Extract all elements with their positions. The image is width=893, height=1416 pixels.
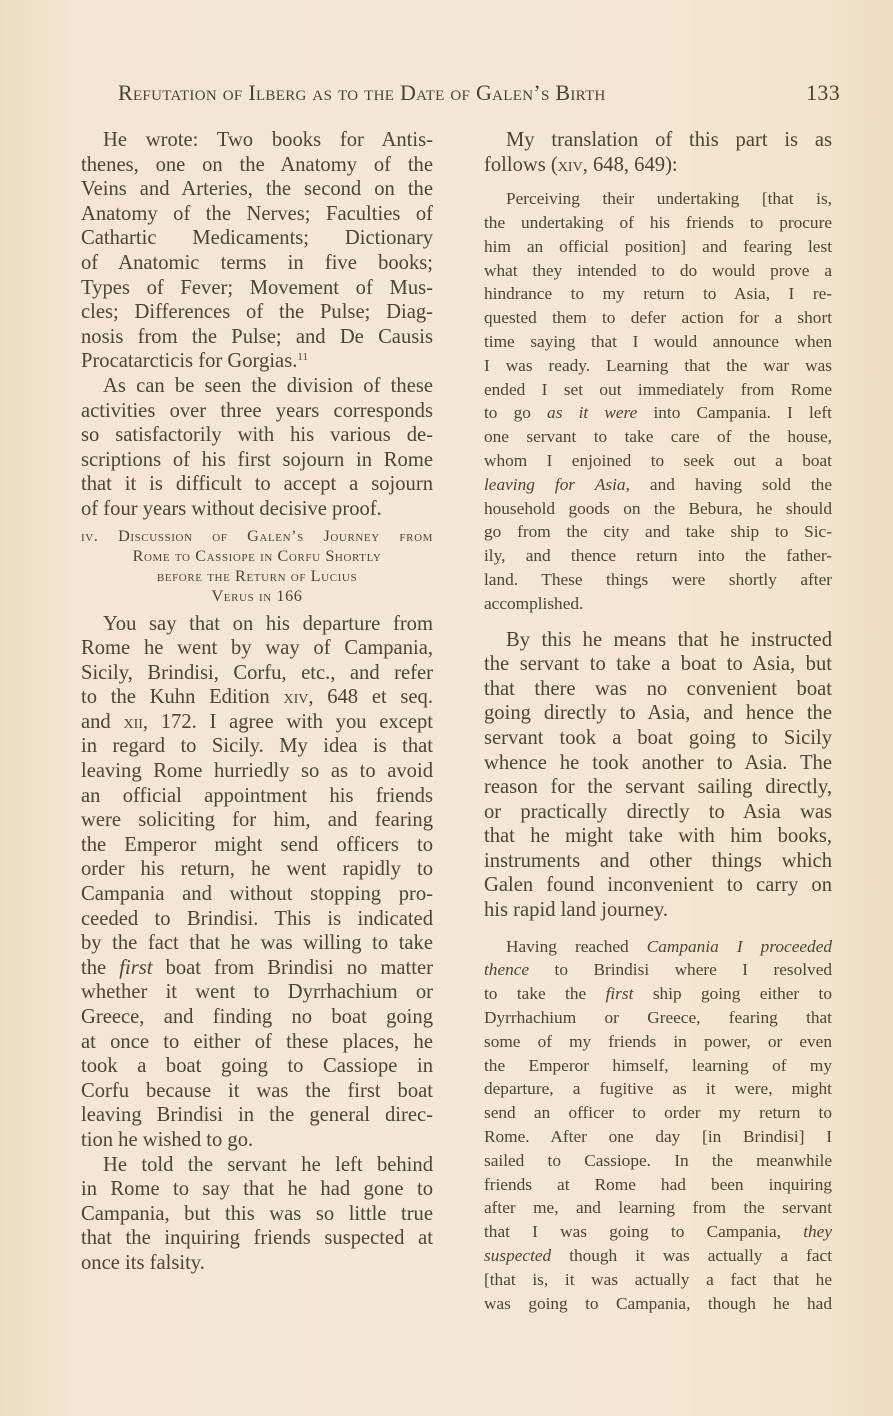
- text-line: his rapid land journey.: [484, 898, 832, 923]
- text-line: Anatomy of the Nerves; Faculties of: [81, 202, 433, 227]
- line-text: Galen found inconvenient to carry on: [484, 874, 832, 896]
- line-text: Campania and without stopping pro-: [81, 883, 433, 905]
- line-text: ceeded to Brindisi. This is indicated: [81, 908, 433, 930]
- text-line: cles; Differences of the Pulse; Diag-: [81, 300, 433, 325]
- text-line: Rome to Cassiope in Corfu Shortly: [81, 546, 433, 566]
- line-text: were soliciting for him, and fearing: [81, 809, 433, 831]
- text-line: household goods on the Bebura, he should: [484, 497, 832, 521]
- text-line: reason for the servant sailing directly,: [484, 775, 832, 800]
- page-number: 133: [806, 80, 840, 106]
- text-line: accomplished.: [484, 592, 832, 616]
- blockquote-having-reached-campania: Having reached Campania I proceededthenc…: [484, 935, 832, 1316]
- text-line: to go as it were into Campania. I left: [484, 401, 832, 425]
- italic-text: they: [803, 1222, 832, 1241]
- line-text: Anatomy of the Nerves; Faculties of: [81, 203, 433, 225]
- line-text: that I was going to Campania,: [484, 1222, 803, 1241]
- italic-text: thence: [484, 960, 529, 979]
- text-line: what they intended to do would prove a: [484, 259, 832, 283]
- line-text: his rapid land journey.: [484, 899, 668, 921]
- line-text: of four years without decisive proof.: [81, 498, 382, 520]
- line-text: Dyrrhachium or Greece, fearing that: [484, 1008, 832, 1027]
- text-line: Having reached Campania I proceeded: [484, 935, 832, 959]
- text-line: him an official position] and fearing le…: [484, 235, 832, 259]
- line-text: household goods on the Bebura, he should: [484, 499, 832, 518]
- text-line: Rome. After one day [in Brindisi] I: [484, 1125, 832, 1149]
- text-line: the first boat from Brindisi no matter: [81, 956, 433, 981]
- line-text: Types of Fever; Movement of Mus-: [81, 277, 433, 299]
- line-text: ship going either to: [633, 984, 832, 1003]
- text-line: by the fact that he was willing to take: [81, 931, 433, 956]
- text-line: activities over three years corresponds: [81, 399, 433, 424]
- line-text: go from the city and take ship to Sic-: [484, 522, 832, 541]
- line-text: going directly to Asia, and hence the: [484, 702, 832, 724]
- text-line: quested them to defer action for a short: [484, 306, 832, 330]
- line-text: boat from Brindisi no matter: [152, 957, 433, 979]
- line-text: to go: [484, 403, 547, 422]
- line-text: order his return, he went rapidly to: [81, 858, 433, 880]
- text-line: Rome he went by way of Campania,: [81, 636, 433, 661]
- line-text: the Emperor himself, learning of my: [484, 1056, 832, 1075]
- line-text: to the Kuhn Edition: [81, 686, 283, 708]
- line-text: though it was actually a fact: [551, 1246, 832, 1265]
- text-line: at once to either of these places, he: [81, 1030, 433, 1055]
- line-text: the undertaking of his friends to procur…: [484, 213, 832, 232]
- line-text: Having reached: [506, 937, 647, 956]
- italic-text: first: [606, 984, 634, 1003]
- text-line: leaving for Asia, and having sold the: [484, 473, 832, 497]
- line-text: whether it went to Dyrrhachium or: [81, 981, 433, 1003]
- text-line: Types of Fever; Movement of Mus-: [81, 276, 433, 301]
- line-text: friends at Rome had been inquiring: [484, 1175, 832, 1194]
- paragraph-works-list: He wrote: Two books for Antis-thenes, on…: [81, 128, 433, 374]
- text-line: [that is, it was actually a fact that he: [484, 1268, 832, 1292]
- line-text: nosis from the Pulse; and De Causis: [81, 326, 433, 348]
- line-text: that there was no convenient boat: [484, 678, 832, 700]
- line-text: that it is difficult to accept a sojourn: [81, 473, 433, 495]
- text-line: the Emperor might send officers to: [81, 833, 433, 858]
- text-line: whom I enjoined to seek out a boat: [484, 449, 832, 473]
- text-line: You say that on his departure from: [81, 612, 433, 637]
- line-text: time saying that I would announce when: [484, 332, 832, 351]
- text-line: whether it went to Dyrrhachium or: [81, 980, 433, 1005]
- text-line: to the Kuhn Edition xiv, 648 et seq.: [81, 685, 433, 710]
- text-line: once its falsity.: [81, 1251, 433, 1276]
- line-text: Campania, but this was so little true: [81, 1203, 433, 1225]
- text-line: Perceiving their undertaking [that is,: [484, 187, 832, 211]
- left-column: He wrote: Two books for Antis-thenes, on…: [81, 128, 433, 1276]
- text-line: the Emperor himself, learning of my: [484, 1054, 832, 1078]
- line-text: instruments and other things which: [484, 850, 832, 872]
- line-text: was going to Campania, though he had: [484, 1294, 832, 1313]
- line-text: follows (: [484, 154, 558, 176]
- line-text: into Campania. I left: [637, 403, 832, 422]
- line-text: Corfu because it was the first boat: [81, 1080, 433, 1102]
- line-text: took a boat going to Cassiope in: [81, 1055, 433, 1077]
- line-text: at once to either of these places, he: [81, 1031, 433, 1053]
- text-line: thence to Brindisi where I resolved: [484, 958, 832, 982]
- section-heading-iv: iv. Discussion of Galen’s Journey fromRo…: [81, 526, 433, 606]
- line-text: before the Return of Lucius: [157, 567, 357, 585]
- line-text: some of my friends in power, or even: [484, 1032, 832, 1051]
- paragraph-servant-boat-explanation: By this he means that he instructedthe s…: [484, 628, 832, 923]
- line-text: ended I set out immediately from Rome: [484, 380, 832, 399]
- line-text: quested them to defer action for a short: [484, 308, 832, 327]
- line-text: , 172. I agree with you except: [143, 711, 433, 733]
- line-text: [that is, it was actually a fact that he: [484, 1270, 832, 1289]
- text-line: an official appointment his friends: [81, 784, 433, 809]
- text-line: that the inquiring friends suspected at: [81, 1226, 433, 1251]
- line-text: activities over three years corresponds: [81, 400, 433, 422]
- text-line: Galen found inconvenient to carry on: [484, 873, 832, 898]
- text-line: thenes, one on the Anatomy of the: [81, 153, 433, 178]
- text-line: Dyrrhachium or Greece, fearing that: [484, 1006, 832, 1030]
- line-text: Rome to Cassiope in Corfu Shortly: [133, 547, 382, 565]
- line-text: so satisfactorily with his various de-: [81, 424, 433, 446]
- line-text: send an officer to order my return to: [484, 1103, 832, 1122]
- line-text: servant took a boat going to Sicily: [484, 727, 832, 749]
- text-line: leaving Rome hurriedly so as to avoid: [81, 759, 433, 784]
- text-line: that he might take with him books,: [484, 824, 832, 849]
- text-line: Greece, and finding no boat going: [81, 1005, 433, 1030]
- line-text: an official appointment his friends: [81, 785, 433, 807]
- running-head-title: Refutation of Ilberg as to the Date of G…: [118, 80, 606, 106]
- text-line: whence he took another to Asia. The: [484, 751, 832, 776]
- line-text: , 648, 649):: [583, 154, 678, 176]
- line-text: by the fact that he was willing to take: [81, 932, 433, 954]
- text-line: or practically directly to Asia was: [484, 800, 832, 825]
- paragraph-departure-from-rome: You say that on his departure fromRome h…: [81, 612, 433, 1153]
- text-line: took a boat going to Cassiope in: [81, 1054, 433, 1079]
- text-line: departure, a fugitive as it were, might: [484, 1077, 832, 1101]
- text-line: so satisfactorily with his various de-: [81, 423, 433, 448]
- text-line: scriptions of his first sojourn in Rome: [81, 448, 433, 473]
- text-line: leaving Brindisi in the general direc-: [81, 1103, 433, 1128]
- line-text: My translation of this part is as: [506, 129, 832, 151]
- line-text: in regard to Sicily. My idea is that: [81, 735, 433, 757]
- line-text: ily, and thence return into the father-: [484, 546, 832, 565]
- line-text: once its falsity.: [81, 1252, 205, 1274]
- text-line: Sicily, Brindisi, Corfu, etc., and refer: [81, 661, 433, 686]
- right-column: My translation of this part is asfollows…: [484, 128, 832, 1315]
- line-text: Rome he went by way of Campania,: [81, 637, 433, 659]
- text-line: Campania, but this was so little true: [81, 1202, 433, 1227]
- text-line: order his return, he went rapidly to: [81, 857, 433, 882]
- text-line: that there was no convenient boat: [484, 677, 832, 702]
- line-text: , and having sold the: [626, 475, 832, 494]
- italic-text: suspected: [484, 1246, 551, 1265]
- line-text: thenes, one on the Anatomy of the: [81, 154, 433, 176]
- line-text: to take the: [484, 984, 606, 1003]
- line-text: By this he means that he instructed: [506, 629, 832, 651]
- line-text: Rome. After one day [in Brindisi] I: [484, 1127, 832, 1146]
- text-line: hindrance to my return to Asia, I re-: [484, 282, 832, 306]
- text-line: send an officer to order my return to: [484, 1101, 832, 1125]
- text-line: He wrote: Two books for Antis-: [81, 128, 433, 153]
- running-head: Refutation of Ilberg as to the Date of G…: [118, 80, 840, 114]
- text-line: before the Return of Lucius: [81, 566, 433, 586]
- text-line: As can be seen the division of these: [81, 374, 433, 399]
- line-text: , 648 et seq.: [308, 686, 433, 708]
- text-line: ily, and thence return into the father-: [484, 544, 832, 568]
- italic-text: leaving for Asia: [484, 475, 626, 494]
- text-line: I was ready. Learning that the war was: [484, 354, 832, 378]
- text-line: the servant to take a boat to Asia, but: [484, 652, 832, 677]
- line-text: whom I enjoined to seek out a boat: [484, 451, 832, 470]
- roman-numeral: xii: [123, 711, 142, 733]
- text-line: of Anatomic terms in five books;: [81, 251, 433, 276]
- text-line: after me, and learning from the servant: [484, 1196, 832, 1220]
- book-page: Refutation of Ilberg as to the Date of G…: [0, 0, 893, 1416]
- text-line: ceeded to Brindisi. This is indicated: [81, 907, 433, 932]
- text-line: and xii, 172. I agree with you except: [81, 710, 433, 735]
- line-text: You say that on his departure from: [103, 613, 433, 635]
- text-line: tion he wished to go.: [81, 1128, 433, 1153]
- text-line: sailed to Cassiope. In the meanwhile: [484, 1149, 832, 1173]
- blockquote-perceiving-undertaking: Perceiving their undertaking [that is,th…: [484, 187, 832, 615]
- text-line: servant took a boat going to Sicily: [484, 726, 832, 751]
- line-text: him an official position] and fearing le…: [484, 237, 832, 256]
- line-text: Verus in 166: [212, 587, 303, 605]
- line-text: that he might take with him books,: [484, 825, 832, 847]
- roman-numeral: xiv: [558, 154, 583, 176]
- line-text: of Anatomic terms in five books;: [81, 252, 433, 274]
- paragraph-servant-left-behind: He told the servant he left behindin Rom…: [81, 1153, 433, 1276]
- line-text: Veins and Arteries, the second on the: [81, 178, 433, 200]
- text-line: Veins and Arteries, the second on the: [81, 177, 433, 202]
- text-line: follows (xiv, 648, 649):: [484, 153, 832, 178]
- line-text: to Brindisi where I resolved: [529, 960, 832, 979]
- text-line: By this he means that he instructed: [484, 628, 832, 653]
- text-line: to take the first ship going either to: [484, 982, 832, 1006]
- text-line: instruments and other things which: [484, 849, 832, 874]
- line-text: iv. Discussion of Galen’s Journey from: [81, 527, 433, 545]
- line-text: land. These things were shortly after: [484, 570, 832, 589]
- text-line: ended I set out immediately from Rome: [484, 378, 832, 402]
- line-text: cles; Differences of the Pulse; Diag-: [81, 301, 433, 323]
- line-text: and: [81, 711, 123, 733]
- line-text: hindrance to my return to Asia, I re-: [484, 284, 832, 303]
- line-text: departure, a fugitive as it were, might: [484, 1079, 832, 1098]
- text-line: friends at Rome had been inquiring: [484, 1173, 832, 1197]
- line-text: sailed to Cassiope. In the meanwhile: [484, 1151, 832, 1170]
- text-line: land. These things were shortly after: [484, 568, 832, 592]
- line-text: Greece, and finding no boat going: [81, 1006, 433, 1028]
- line-text: in Rome to say that he had gone to: [81, 1178, 433, 1200]
- text-line: some of my friends in power, or even: [484, 1030, 832, 1054]
- line-text: that the inquiring friends suspected at: [81, 1227, 433, 1249]
- text-line: nosis from the Pulse; and De Causis: [81, 325, 433, 350]
- text-line: Verus in 166: [81, 586, 433, 606]
- text-line: He told the servant he left behind: [81, 1153, 433, 1178]
- line-text: what they intended to do would prove a: [484, 261, 832, 280]
- text-line: Corfu because it was the first boat: [81, 1079, 433, 1104]
- line-text: scriptions of his first sojourn in Rome: [81, 449, 433, 471]
- italic-text: as it were: [547, 403, 637, 422]
- text-line: go from the city and take ship to Sic-: [484, 520, 832, 544]
- line-text: leaving Rome hurriedly so as to avoid: [81, 760, 433, 782]
- line-text: the Emperor might send officers to: [81, 834, 433, 856]
- line-text: tion he wished to go.: [81, 1129, 253, 1151]
- text-line: the undertaking of his friends to procur…: [484, 211, 832, 235]
- line-text: one servant to take care of the house,: [484, 427, 832, 446]
- italic-text: Campania I proceeded: [647, 937, 832, 956]
- text-line: that it is difficult to accept a sojourn: [81, 472, 433, 497]
- line-text: Perceiving their undertaking [that is,: [506, 189, 832, 208]
- roman-numeral: xiv: [283, 686, 308, 708]
- line-text: leaving Brindisi in the general direc-: [81, 1104, 433, 1126]
- line-text: whence he took another to Asia. The: [484, 752, 832, 774]
- text-line: time saying that I would announce when: [484, 330, 832, 354]
- text-line: going directly to Asia, and hence the: [484, 701, 832, 726]
- line-text: As can be seen the division of these: [103, 375, 433, 397]
- text-line: that I was going to Campania, they: [484, 1220, 832, 1244]
- text-line: was going to Campania, though he had: [484, 1292, 832, 1316]
- line-text: the servant to take a boat to Asia, but: [484, 653, 832, 675]
- paragraph-division-of-activities: As can be seen the division of theseacti…: [81, 374, 433, 522]
- line-text: I was ready. Learning that the war was: [484, 356, 832, 375]
- line-text: He wrote: Two books for Antis-: [103, 129, 433, 151]
- italic-text: first: [119, 957, 152, 979]
- paragraph-translation-intro: My translation of this part is asfollows…: [484, 128, 832, 177]
- line-text: He told the servant he left behind: [103, 1154, 433, 1176]
- text-line: Cathartic Medicaments; Dictionary: [81, 226, 433, 251]
- text-line: My translation of this part is as: [484, 128, 832, 153]
- line-text: Sicily, Brindisi, Corfu, etc., and refer: [81, 662, 433, 684]
- line-text: Cathartic Medicaments; Dictionary: [81, 227, 433, 249]
- text-line: one servant to take care of the house,: [484, 425, 832, 449]
- text-line: in regard to Sicily. My idea is that: [81, 734, 433, 759]
- text-line: in Rome to say that he had gone to: [81, 1177, 433, 1202]
- line-text: Procatarcticis for Gorgias.: [81, 350, 297, 372]
- footnote-marker[interactable]: 11: [297, 351, 308, 363]
- text-line: suspected though it was actually a fact: [484, 1244, 832, 1268]
- line-text: the: [81, 957, 119, 979]
- text-line: Campania and without stopping pro-: [81, 882, 433, 907]
- line-text: reason for the servant sailing directly,: [484, 776, 832, 798]
- text-line: iv. Discussion of Galen’s Journey from: [81, 526, 433, 546]
- line-text: or practically directly to Asia was: [484, 801, 832, 823]
- text-line: Procatarcticis for Gorgias.11: [81, 349, 433, 374]
- text-line: were soliciting for him, and fearing: [81, 808, 433, 833]
- text-line: of four years without decisive proof.: [81, 497, 433, 522]
- line-text: accomplished.: [484, 594, 583, 613]
- line-text: after me, and learning from the servant: [484, 1198, 832, 1217]
